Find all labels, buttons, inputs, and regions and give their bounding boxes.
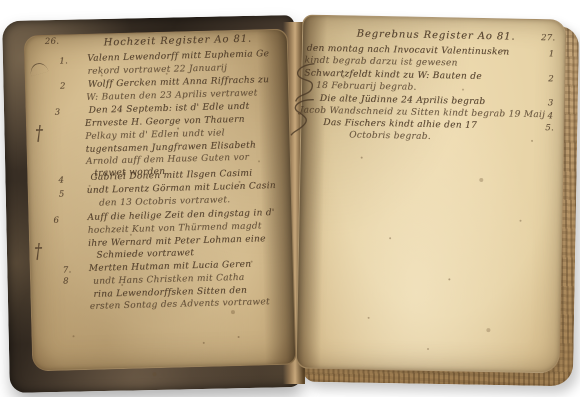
register-line: ihre Wernard mit Peter Lohman eine — [88, 234, 266, 250]
entry-number: 4 — [547, 111, 553, 122]
right-page: Begrebnus Register Ao 81. 27. den montag… — [296, 14, 567, 373]
register-title: Begrebnus Register Ao 81. — [331, 28, 541, 43]
entry-number: 2 — [60, 81, 66, 92]
entry-number: 4 — [58, 176, 64, 187]
entry-number: 8 — [63, 276, 69, 287]
register-line: kindt begrab darzu ist gewesen — [304, 56, 457, 70]
register-line: Octobris begrab. — [349, 130, 431, 143]
entry-number: 1 — [549, 49, 555, 60]
entry-number: 3 — [55, 108, 61, 119]
register-line: Pelkay mit d' Edlen undt viel — [85, 128, 225, 143]
register-line: Valenn Lewendorff mitt Euphemia Ge — [87, 49, 269, 65]
entry-number: 3 — [548, 98, 554, 109]
entry-number: 2 — [548, 74, 554, 85]
register-title: Hochzeit Register Ao 81. — [83, 33, 273, 49]
manuscript-book-photo: 26. Hochzeit Register Ao 81. 1. Valenn L… — [0, 0, 580, 397]
register-line: Das Fischers kindt alhie den 17 — [323, 118, 477, 132]
entry-number: 1. — [59, 56, 68, 67]
entry-number: 5. — [545, 123, 554, 134]
register-line: Schmiede vortrawet — [96, 248, 194, 262]
entry-number: 7. — [63, 265, 72, 276]
arc-pen-mark — [28, 61, 48, 76]
left-page: 26. Hochzeit Register Ao 81. 1. Valenn L… — [24, 29, 297, 372]
page-number: 27. — [541, 33, 556, 44]
register-line: undt Lorentz Görman mit Lucien Casin — [87, 181, 276, 197]
register-line: den 13 Octobris vortrawet. — [99, 195, 231, 209]
page-number: 26. — [45, 37, 60, 48]
cross-mark-icon: † — [35, 126, 43, 141]
entry-number: 6 — [53, 216, 59, 227]
cross-mark-icon: † — [34, 244, 42, 259]
register-line: 18 Februarij begrab. — [316, 81, 417, 94]
pen-flourish-icon — [289, 97, 318, 138]
entry-number: 5 — [59, 189, 65, 200]
register-line: rekord vortrawet 22 Januarij — [87, 63, 227, 78]
